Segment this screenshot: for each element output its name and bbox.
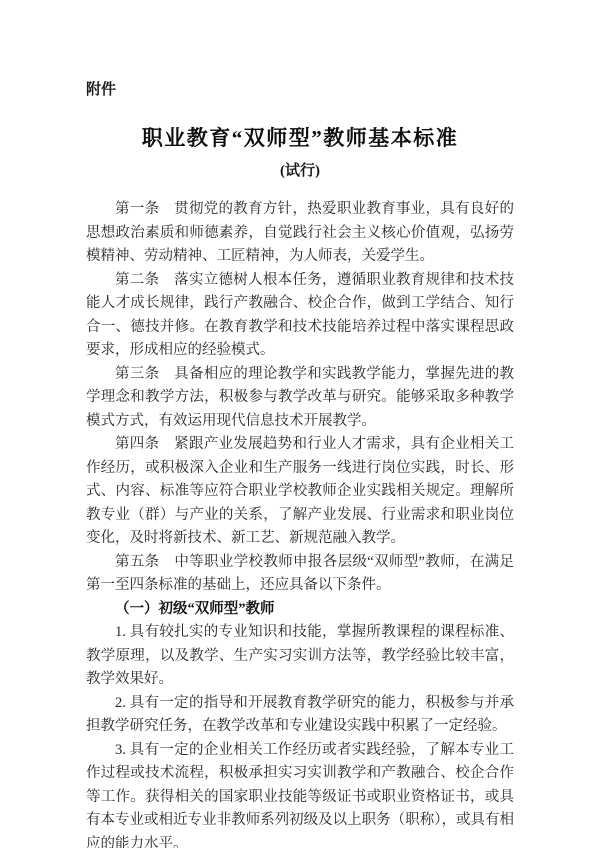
section-heading-junior-level: （一）初级“双师型”教师 [86, 598, 514, 622]
article-paragraph-5: 第五条 中等职业学校教师申报各层级“双师型”教师，在满足第一至四条标准的基础上，… [86, 551, 514, 598]
article-paragraph-2: 第二条 落实立德树人根本任务，遵循职业教育规律和技术技能人才成长规律，践行产教融… [86, 269, 514, 363]
document-title: 职业教育“双师型”教师基本标准 [86, 124, 514, 152]
numbered-item-3: 3. 具有一定的企业相关工作经历或者实践经验，了解本专业工作过程或技术流程，积极… [86, 739, 514, 848]
article-paragraph-3: 第三条 具备相应的理论教学和实践教学能力，掌握先进的教学理念和教学方法，积极参与… [86, 363, 514, 434]
document-body: 第一条 贯彻党的教育方针，热爱职业教育事业，具有良好的思想政治素质和师德素养，自… [86, 198, 514, 848]
numbered-item-2: 2. 具有一定的指导和开展教育教学研究的能力，积极参与并承担教学研究任务，在教学… [86, 692, 514, 739]
article-paragraph-1: 第一条 贯彻党的教育方针，热爱职业教育事业，具有良好的思想政治素质和师德素养，自… [86, 198, 514, 269]
article-paragraph-4: 第四条 紧跟产业发展趋势和行业人才需求，具有企业相关工作经历，或积极深入企业和生… [86, 433, 514, 551]
numbered-item-1: 1. 具有较扎实的专业知识和技能，掌握所教课程的课程标准、教学原理，以及教学、生… [86, 621, 514, 692]
attachment-label: 附件 [86, 80, 514, 100]
document-subtitle: (试行) [86, 161, 514, 181]
document-page: 附件 职业教育“双师型”教师基本标准 (试行) 第一条 贯彻党的教育方针，热爱职… [0, 0, 600, 848]
